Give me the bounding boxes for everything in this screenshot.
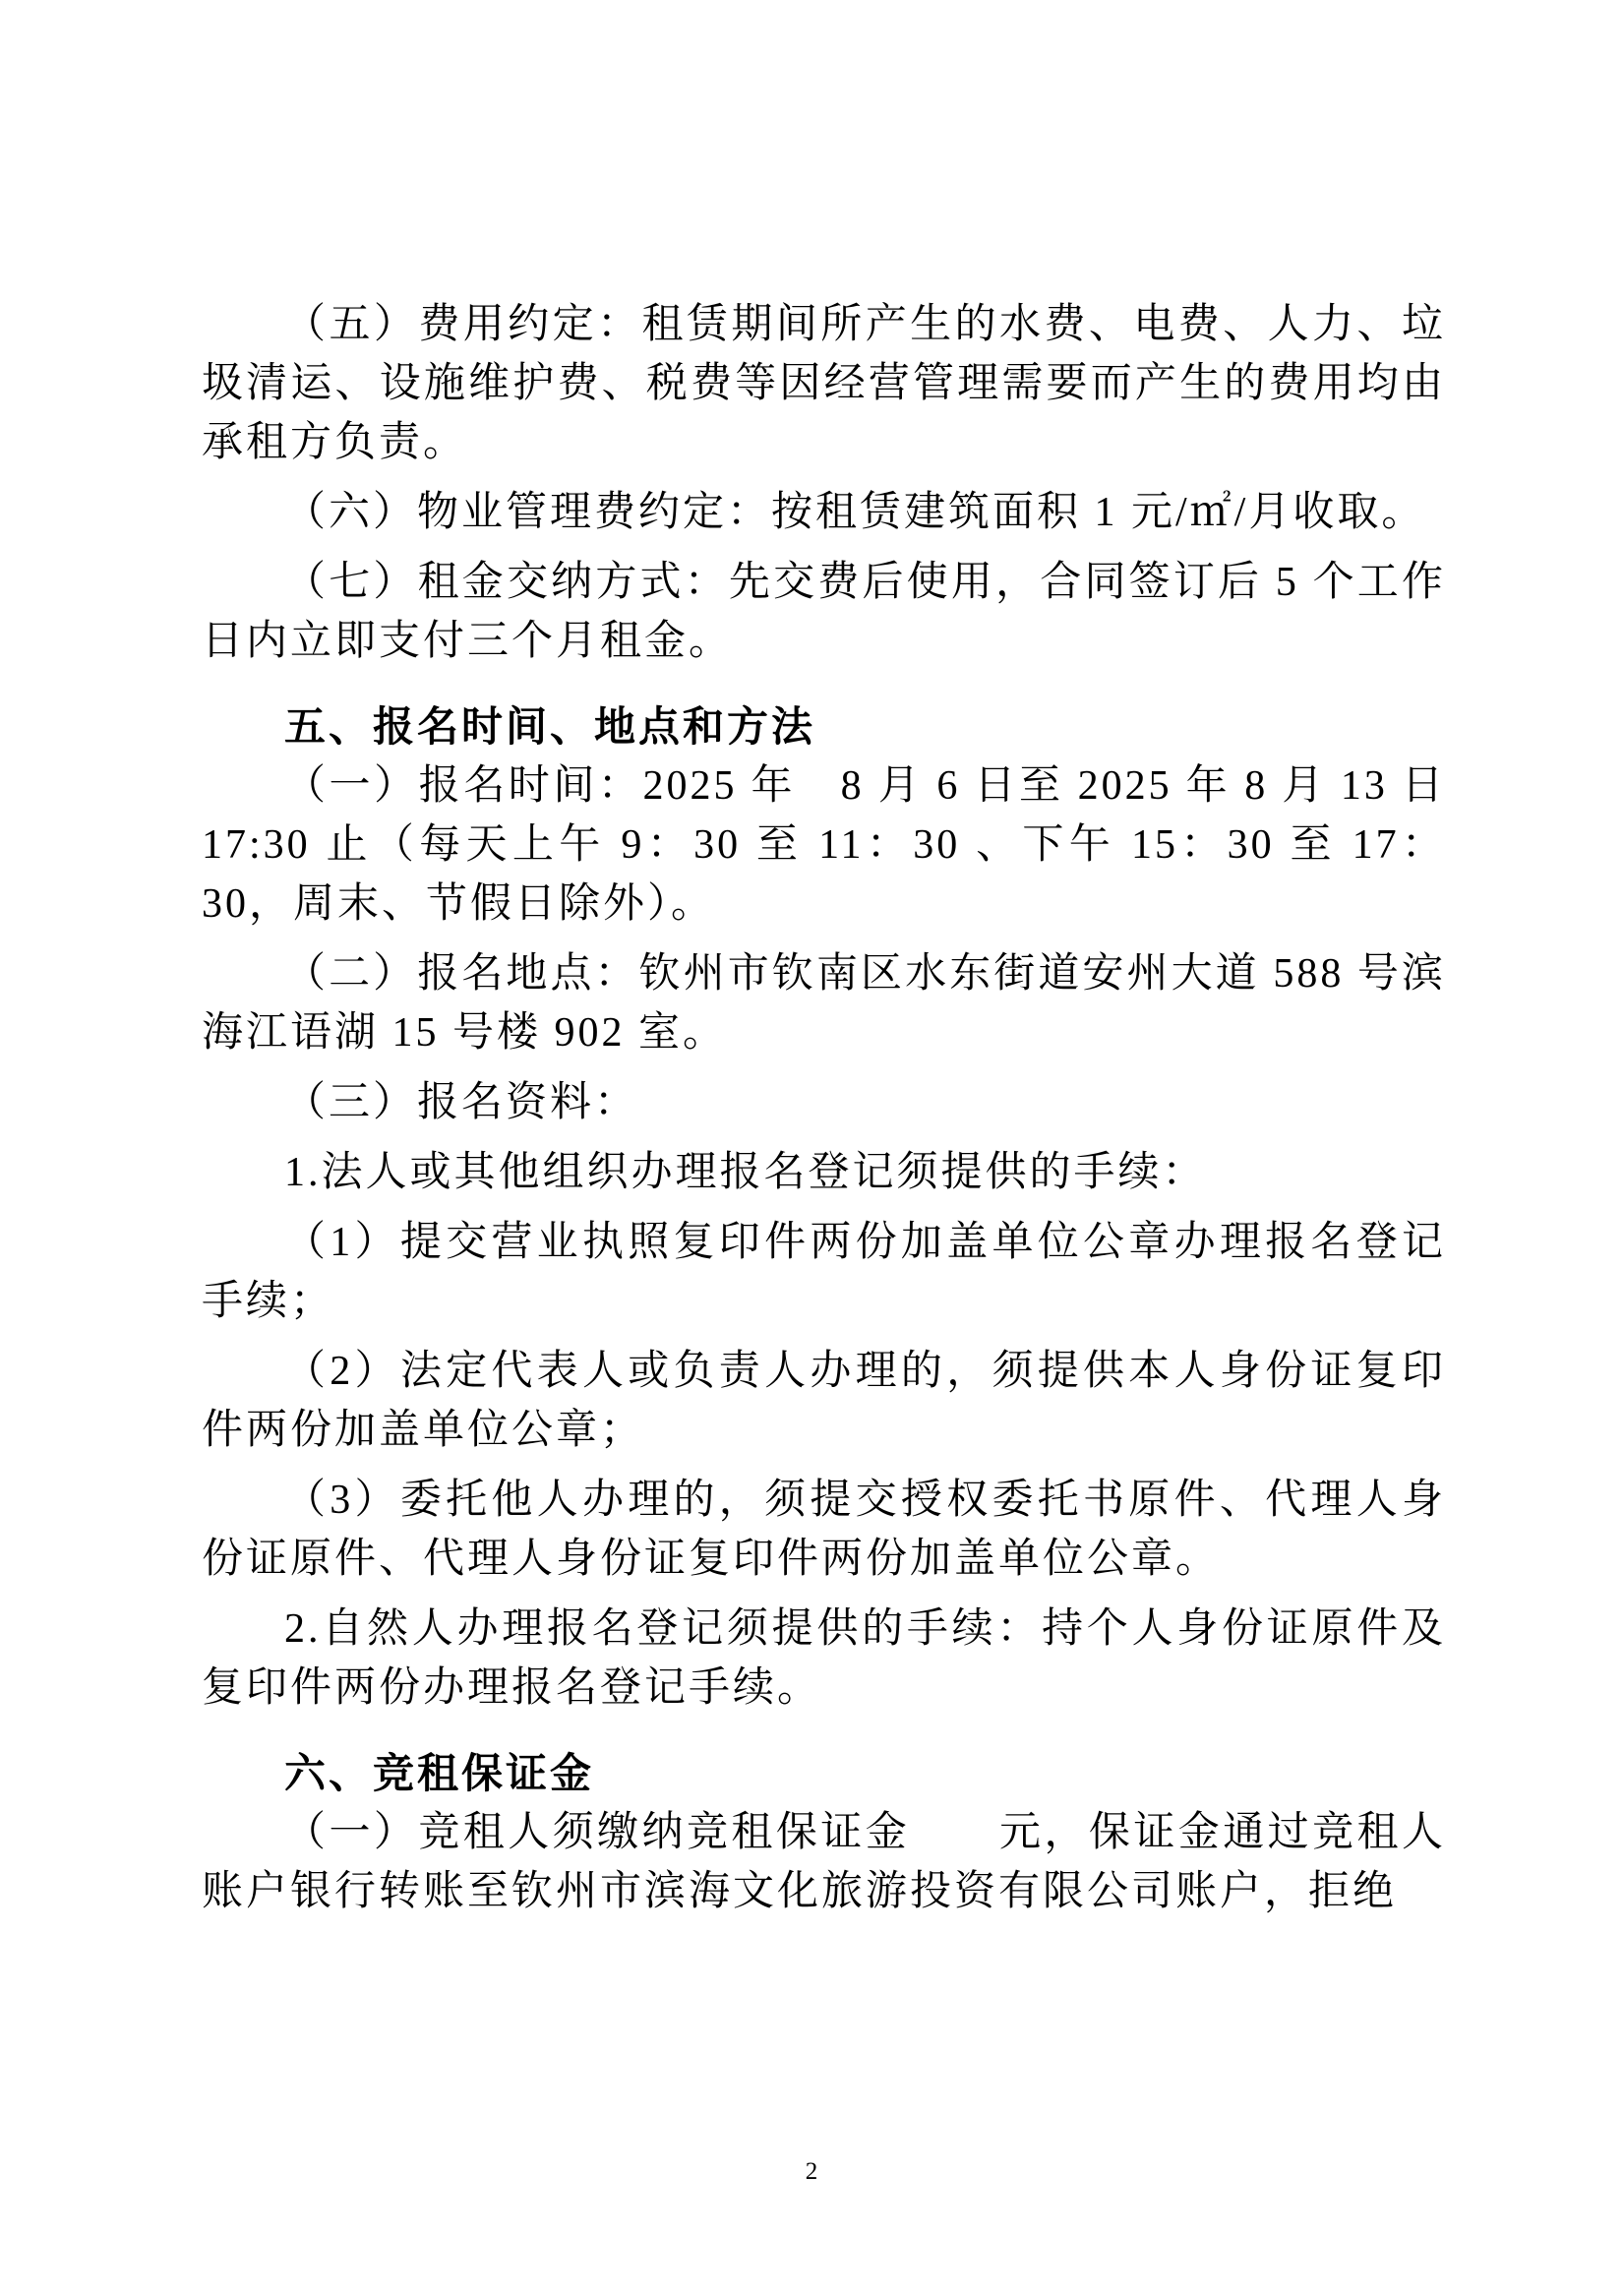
paragraph-property-mgmt-fee: （六）物业管理费约定：按租赁建筑面积 1 元/㎡/月收取。 [202,483,1446,542]
paragraph-deposit-payment: （一）竞租人须缴纳竞租保证金 元，保证金通过竞租人账户银行转账至钦州市滨海文化旅… [202,1803,1446,1921]
paragraph-fees-agreement: （五）费用约定：租赁期间所产生的水费、电费、人力、垃圾清运、设施维护费、税费等因… [202,295,1446,472]
section-heading-registration: 五、报名时间、地点和方法 [202,697,1446,756]
paragraph-registration-time: （一）报名时间：2025 年 8 月 6 日至 2025 年 8 月 13 日 … [202,756,1446,934]
paragraph-item-2-legal-representative: （2）法定代表人或负责人办理的，须提供本人身份证复印件两份加盖单位公章； [202,1342,1446,1460]
paragraph-legal-person-intro: 1.法人或其他组织办理报名登记须提供的手续： [202,1143,1446,1202]
paragraph-registration-place: （二）报名地点：钦州市钦南区水东街道安州大道 588 号滨海江语湖 15 号楼 … [202,944,1446,1062]
document-body: （五）费用约定：租赁期间所产生的水费、电费、人力、垃圾清运、设施维护费、税费等因… [202,295,1446,1921]
paragraph-item-1-business-license: （1）提交营业执照复印件两份加盖单位公章办理报名登记手续； [202,1213,1446,1331]
paragraph-item-3-entrusted-agent: （3）委托他人办理的，须提交授权委托书原件、代理人身份证原件、代理人身份证复印件… [202,1471,1446,1589]
page-footer: 2 [0,2157,1623,2187]
document-page: （五）费用约定：租赁期间所产生的水费、电费、人力、垃圾清运、设施维护费、税费等因… [0,0,1623,2296]
paragraph-registration-materials: （三）报名资料： [202,1073,1446,1132]
page-number: 2 [806,2158,818,2185]
paragraph-rent-payment-method: （七）租金交纳方式：先交费后使用，合同签订后 5 个工作日内立即支付三个月租金。 [202,553,1446,671]
section-heading-bid-deposit: 六、竞租保证金 [202,1744,1446,1803]
paragraph-natural-person: 2.自然人办理报名登记须提供的手续：持个人身份证原件及复印件两份办理报名登记手续… [202,1600,1446,1718]
